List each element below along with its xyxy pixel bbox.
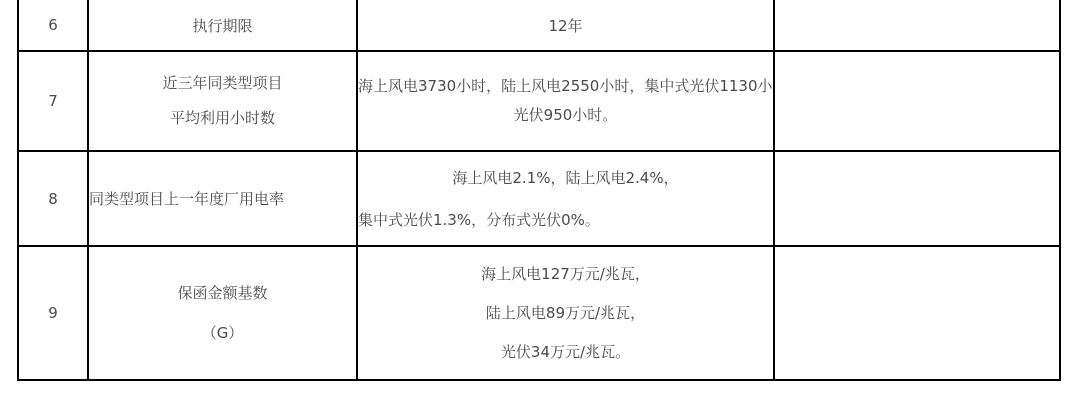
document-page: 6 执行期限 12年 7 近三年同类型项目 平均利用小时数 海上风电3730小时…	[0, 0, 1080, 398]
item-label: 近三年同类型项目	[89, 66, 356, 101]
empty-cell	[775, 0, 1061, 52]
item-value-cell: 海上风电127万元/兆瓦， 陆上风电89万元/兆瓦， 光伏34万元/兆瓦。	[358, 247, 775, 381]
item-value: 12年	[358, 15, 773, 36]
item-label: （G）	[89, 313, 356, 353]
item-label-cell: 同类型项目上一年度厂用电率	[89, 152, 358, 247]
row-number: 7	[19, 92, 87, 110]
item-value: 光伏950小时。	[358, 101, 773, 130]
empty-cell	[775, 52, 1061, 152]
row-number-cell: 9	[19, 247, 89, 381]
item-value-cell: 12年	[358, 0, 775, 52]
row-number: 8	[19, 190, 87, 208]
item-label-cell: 执行期限	[89, 0, 358, 52]
item-value: 海上风电3730小时，陆上风电2550小时，集中式光伏1130小时，分布式	[358, 72, 773, 101]
item-label: 执行期限	[89, 15, 356, 36]
item-value: 海上风电127万元/兆瓦，	[358, 255, 773, 294]
empty-cell	[775, 152, 1061, 247]
item-value: 集中式光伏1.3%，分布式光伏0%。	[358, 199, 773, 241]
row-number: 9	[19, 304, 87, 322]
item-label: 平均利用小时数	[89, 101, 356, 136]
item-value: 海上风电2.1%，陆上风电2.4%，	[358, 157, 773, 199]
item-value: 光伏34万元/兆瓦。	[358, 333, 773, 372]
spec-table: 6 执行期限 12年 7 近三年同类型项目 平均利用小时数 海上风电3730小时…	[17, 0, 1061, 381]
item-value: 陆上风电89万元/兆瓦，	[358, 294, 773, 333]
row-number-cell: 6	[19, 0, 89, 52]
item-label: 保函金额基数	[89, 273, 356, 313]
row-number-cell: 8	[19, 152, 89, 247]
item-label: 同类型项目上一年度厂用电率	[89, 188, 356, 209]
item-label-cell: 近三年同类型项目 平均利用小时数	[89, 52, 358, 152]
item-label-cell: 保函金额基数 （G）	[89, 247, 358, 381]
row-number-cell: 7	[19, 52, 89, 152]
item-value-cell: 海上风电2.1%，陆上风电2.4%， 集中式光伏1.3%，分布式光伏0%。	[358, 152, 775, 247]
row-number: 6	[19, 16, 87, 34]
empty-cell	[775, 247, 1061, 381]
item-value-cell: 海上风电3730小时，陆上风电2550小时，集中式光伏1130小时，分布式 光伏…	[358, 52, 775, 152]
